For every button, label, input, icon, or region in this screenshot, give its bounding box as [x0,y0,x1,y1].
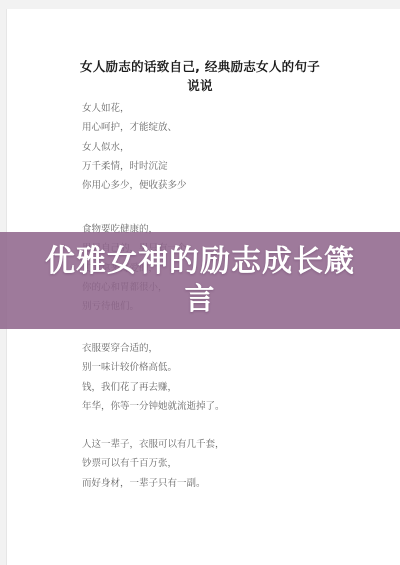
poem-line: 人这一辈子，衣服可以有几千套， [82,435,225,454]
stanza-3: 衣服要穿合适的， 别一味计较价格高低。 钱，我们花了再去赚， 年华，你等一分钟她… [82,339,225,416]
stanza-4: 人这一辈子，衣服可以有几千套， 钞票可以有千百万张， 而好身材，一辈子只有一副。 [82,435,225,493]
poem-line: 女人似水， [82,138,187,157]
document-title-line-2: 说说 [7,76,393,95]
overlay-heading: 优雅女神的励志成长箴 言 [0,232,400,329]
poem-line: 钞票可以有千百万张， [82,454,225,473]
poem-line: 衣服要穿合适的， [82,339,225,358]
document-title: 女人励志的话致自己, 经典励志女人的句子 说说 [7,57,393,95]
overlay-heading-line-2: 言 [185,281,216,319]
poem-line: 钱，我们花了再去赚， [82,378,225,397]
poem-line: 而好身材，一辈子只有一副。 [82,474,225,493]
poem-line: 用心呵护，才能绽放、 [82,118,187,137]
title-overlay-band: 优雅女神的励志成长箴 言 [0,232,400,329]
poem-line: 女人如花， [82,99,187,118]
poem-line: 别一味计较价格高低。 [82,358,225,377]
poem-line: 年华，你等一分钟她就流逝掉了。 [82,397,225,416]
poem-line: 万千柔情，时时沉淀 [82,157,187,176]
poem-line: 你用心多少，便收获多少 [82,176,187,195]
stanza-1: 女人如花， 用心呵护，才能绽放、 女人似水， 万千柔情，时时沉淀 你用心多少，便… [82,99,187,195]
overlay-heading-line-1: 优雅女神的励志成长箴 [45,243,355,281]
document-title-line-1: 女人励志的话致自己, 经典励志女人的句子 [7,57,393,76]
